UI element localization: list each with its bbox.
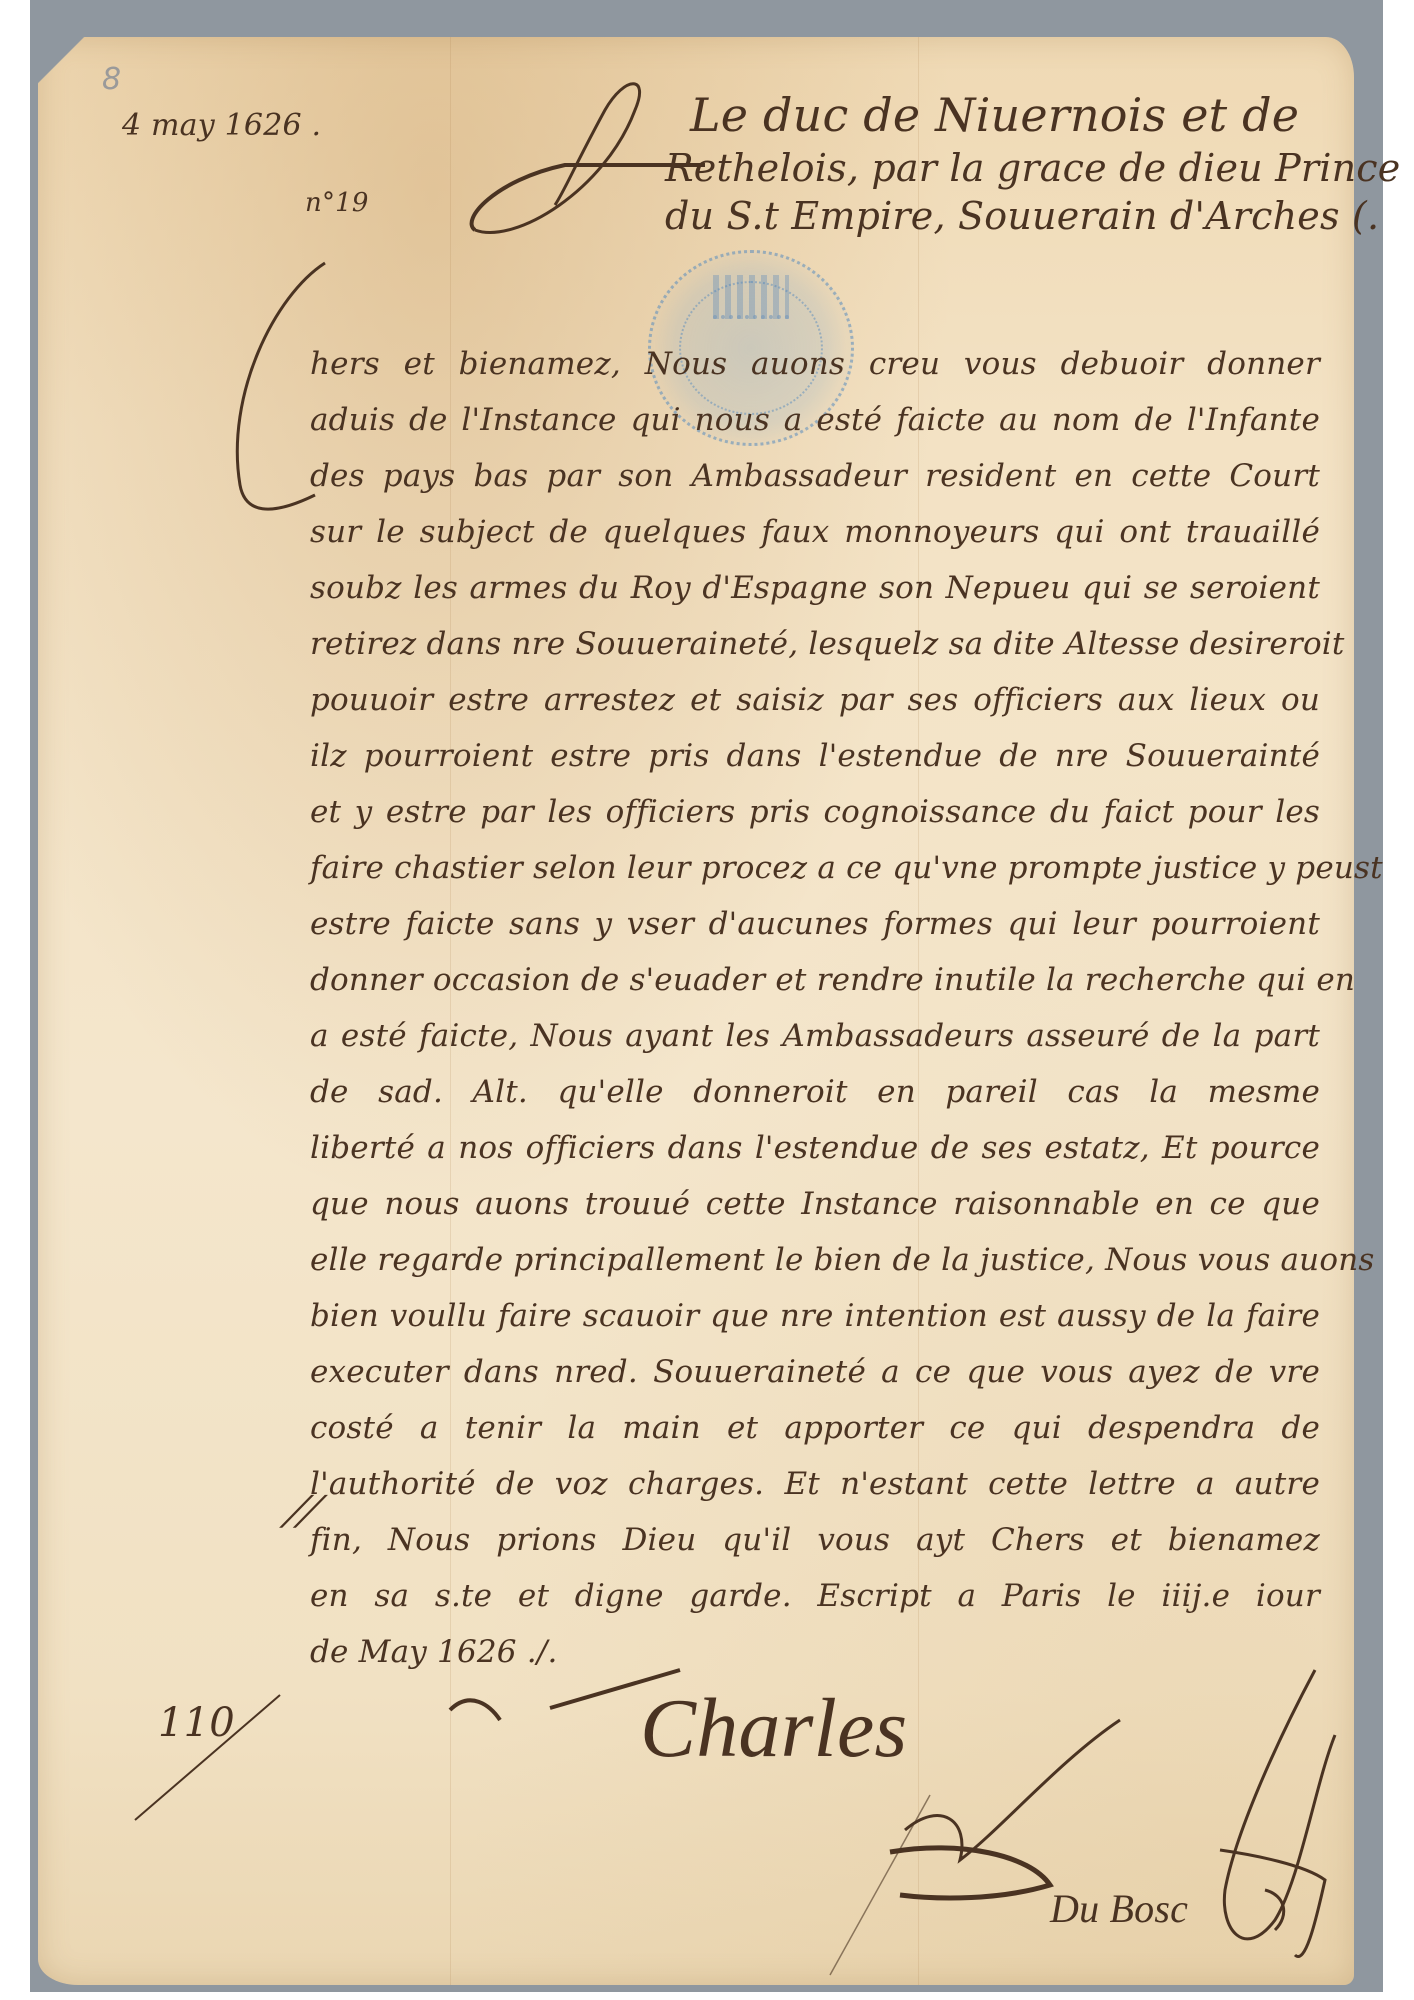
body-line-date: de May 1626 ./. (310, 1634, 558, 1670)
body-line: et y estre par les officiers pris cognoi… (310, 794, 1320, 830)
body-line: soubz les armes du Roy d'Espagne son Nep… (310, 570, 1320, 606)
body-line: pouuoir estre arrestez et saisiz par ses… (310, 682, 1320, 718)
header-line-3: du S.t Empire, Souuerain d'Arches (. (665, 194, 1379, 238)
body-line: des pays bas par son Ambassadeur residen… (310, 458, 1320, 494)
body-line: elle regarde principallement le bien de … (310, 1242, 1320, 1278)
body-line: en sa s.te et digne garde. Escript a Par… (310, 1578, 1320, 1614)
body-line: estre faicte sans y vser d'aucunes forme… (310, 906, 1320, 942)
folio-number: 110 (158, 1700, 235, 1746)
pencil-number: 8 (102, 62, 121, 97)
body-line: ilz pourroient estre pris dans l'estendu… (310, 738, 1320, 774)
body-line: sur le subject de quelques faux monnoyeu… (310, 514, 1320, 550)
header-line-2: Rethelois, par la grace de dieu Prince (665, 146, 1400, 190)
signature-dubosc: Du Bosc (1050, 1885, 1188, 1932)
date-note: 4 may 1626 . (122, 108, 321, 143)
body-line: bien voullu faire scauoir que nre intent… (310, 1298, 1320, 1334)
body-line: a esté faicte, Nous ayant les Ambassadeu… (310, 1018, 1320, 1054)
paper-fold-line (918, 37, 919, 1985)
body-line: hers et bienamez, Nous auons creu vous d… (310, 346, 1320, 382)
body-line: fin, Nous prions Dieu qu'il vous ayt Che… (310, 1522, 1320, 1558)
body-line: executer dans nred. Souueraineté a ce qu… (310, 1354, 1320, 1390)
body-line: costé a tenir la main et apporter ce qui… (310, 1410, 1320, 1446)
item-number: n°19 (305, 188, 369, 218)
crown-icon (713, 275, 789, 319)
body-line: de sad. Alt. qu'elle donneroit en pareil… (310, 1074, 1320, 1110)
body-line: donner occasion de s'euader et rendre in… (310, 962, 1320, 998)
body-line: aduis de l'Instance qui nous a esté faic… (310, 402, 1320, 438)
body-line: liberté a nos officiers dans l'estendue … (310, 1130, 1320, 1166)
body-line: retirez dans nre Souueraineté, lesquelz … (310, 626, 1320, 662)
body-line: que nous auons trouué cette Instance rai… (310, 1186, 1320, 1222)
signature-charles: Charles (640, 1680, 907, 1777)
header-line-1: Le duc de Niuernois et de (690, 88, 1299, 142)
body-line: l'authorité de voz charges. Et n'estant … (310, 1466, 1320, 1502)
body-line: faire chastier selon leur procez a ce qu… (310, 850, 1320, 886)
paper-fold-line (450, 37, 451, 1985)
